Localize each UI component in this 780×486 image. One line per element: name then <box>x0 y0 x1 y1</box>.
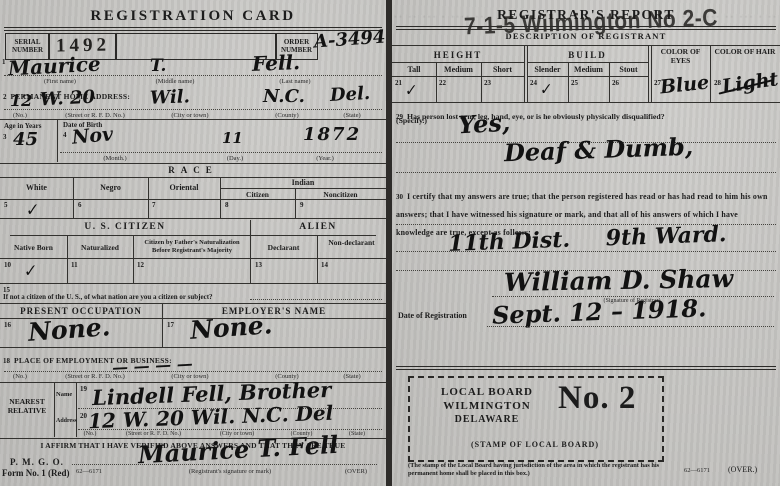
order-number-value: A-3494 <box>313 29 386 52</box>
rule <box>396 26 776 30</box>
line-number: 19 <box>80 385 87 393</box>
ward-text: 9th Ward. <box>605 221 727 251</box>
race-indian-label: Indian <box>220 178 386 187</box>
address-street-value: W. 20 <box>40 89 96 110</box>
local-board-stamp-line3: DELAWARE <box>422 414 552 425</box>
relative-address-value: 12 W. 20 Wil. N.C. Del <box>88 403 334 432</box>
disqualified-answer-value: Yes, <box>457 111 510 138</box>
citizen-cell-14: 14 <box>321 261 328 269</box>
dob-year-value: 1872 <box>303 126 361 144</box>
dotted-line <box>4 75 382 76</box>
local-board-stamp-line1: LOCAL BOARD <box>422 386 552 398</box>
rule <box>76 382 77 437</box>
line-number: 17 <box>167 321 174 329</box>
scanned-document: REGISTRATION CARD SERIAL NUMBER 1492 ORD… <box>0 0 780 486</box>
race-cell-6: 6 <box>78 201 82 209</box>
dob-day-value: 11 <box>222 131 243 146</box>
citizen-cell-10: 10 <box>4 261 11 269</box>
line-number: 18 <box>3 357 10 365</box>
district-text: 11th Dist. <box>448 227 571 257</box>
line-number: 30 <box>396 193 403 201</box>
line-number: 4 <box>63 131 67 139</box>
hair-cell-28: 28 <box>714 79 721 87</box>
dob-month-value: Nov <box>71 125 114 148</box>
dotted-line <box>396 172 776 173</box>
dotted-line <box>396 251 776 252</box>
local-board-stamp-line2: WILMINGTON <box>422 400 552 412</box>
rule <box>0 283 386 284</box>
serial-number-label: SERIAL NUMBER <box>6 34 49 54</box>
line-number: 2 <box>3 93 7 101</box>
over-label: (OVER.) <box>728 465 757 474</box>
color-of-eyes-header: COLOR OF EYES <box>651 48 710 65</box>
address-no-label: (No.) <box>76 431 104 437</box>
height-header: HEIGHT <box>392 50 524 60</box>
specify-label: (Specify.) <box>396 116 427 125</box>
address-no-label: (No.) <box>4 373 36 380</box>
rule <box>392 102 780 103</box>
nation-question-label: If not a citizen of the U. S., of what n… <box>3 293 213 301</box>
address-city-label: (City or town) <box>150 112 230 119</box>
rule <box>54 382 55 437</box>
height-short-label: Short <box>481 65 524 74</box>
nearest-relative-header: NEAREST RELATIVE <box>2 397 52 415</box>
dob-year-label: (Year.) <box>300 155 350 162</box>
pmgo-label: P. M. G. O. <box>10 457 64 467</box>
citizen-cell-13: 13 <box>255 261 262 269</box>
color-of-hair-header: COLOR OF HAIR <box>710 48 780 57</box>
registrars-report-card: ·· ·· ··· · ···· ·· ··· ···· ·· ··· · ··… <box>392 0 780 486</box>
checkmark-icon: ✓ <box>26 199 40 220</box>
last-name-label: (Last name) <box>255 78 335 85</box>
father-naturalization-label: Citizen by Father's Naturalization Befor… <box>137 239 247 254</box>
height-medium-label: Medium <box>436 65 481 74</box>
form-code: 62—6171 <box>684 467 710 474</box>
disqualified-question-label: Has person lost arm, leg, hand, eye, or … <box>407 112 665 121</box>
hair-color-value: Light <box>721 70 780 97</box>
citizen-cell-11: 11 <box>71 261 78 269</box>
line-number: 16 <box>4 321 11 329</box>
rule <box>392 76 524 77</box>
dotted-line <box>487 326 774 327</box>
disqualified-detail-value: Deaf & Dumb, <box>504 135 694 166</box>
first-name-label: (First name) <box>15 78 105 85</box>
address-city-label: (City or town) <box>150 373 230 380</box>
build-stout-label: Stout <box>609 65 648 74</box>
checkmark-icon: ✓ <box>540 79 553 99</box>
dotted-line <box>4 109 382 110</box>
height-tall-label: Tall <box>392 65 436 74</box>
dotted-line <box>60 152 382 153</box>
occupation-value: None. <box>27 314 111 345</box>
race-oriental-label: Oriental <box>148 183 220 192</box>
rule <box>0 199 386 200</box>
non-declarant-label: Non-declarant <box>317 239 386 247</box>
registration-card-title: REGISTRATION CARD <box>0 8 386 25</box>
address-county-value: N.C. <box>263 88 305 106</box>
native-born-label: Native Born <box>0 243 67 252</box>
dotted-line <box>250 299 382 300</box>
address-no-label: (No.) <box>4 112 36 119</box>
dob-day-label: (Day.) <box>215 155 255 162</box>
rule <box>0 163 386 164</box>
alien-title: ALIEN <box>250 222 386 232</box>
race-citizen-label: Citizen <box>220 190 295 199</box>
description-of-registrant-subtitle: DESCRIPTION OF REGISTRANT <box>392 31 780 41</box>
build-cell-26: 26 <box>612 79 619 87</box>
middle-name-value: T. <box>150 58 166 75</box>
dotted-line <box>72 464 377 465</box>
build-slender-label: Slender <box>527 65 568 74</box>
eyes-color-value: Blue <box>659 73 710 97</box>
rule <box>0 303 386 304</box>
form-number-label: Form No. 1 (Red) <box>2 468 69 478</box>
race-cell-8: 8 <box>225 201 229 209</box>
address-state-label: (State) <box>328 112 376 119</box>
address-street-label: (Street or R. F. D. No.) <box>44 112 146 119</box>
us-citizen-title: U. S. CITIZEN <box>0 222 250 232</box>
address-state-value: Del. <box>330 85 371 105</box>
rule <box>57 119 58 162</box>
build-cell-24: 24 <box>530 79 537 87</box>
line-number: 20 <box>80 412 87 420</box>
rule <box>648 45 649 102</box>
registrar-signature-value: William D. Shaw <box>504 266 734 295</box>
race-cell-9: 9 <box>300 201 304 209</box>
address-street-label: (Street or R. F. D. No.) <box>44 373 146 380</box>
last-name-value: Fell. <box>252 52 301 74</box>
line-number: 1 <box>2 58 6 66</box>
citizen-cell-12: 12 <box>137 261 144 269</box>
line-number: 3 <box>3 133 7 141</box>
race-white-label: White <box>0 183 73 192</box>
build-cell-25: 25 <box>571 79 578 87</box>
address-county-label: (County) <box>262 112 312 119</box>
race-cell-7: 7 <box>152 201 156 209</box>
height-cell-23: 23 <box>484 79 491 87</box>
height-cell-22: 22 <box>439 79 446 87</box>
address-state-label: (State) <box>328 373 376 380</box>
race-noncitizen-label: Noncitizen <box>295 190 386 199</box>
build-medium-label: Medium <box>568 65 609 74</box>
registrant-signature-label: (Registrant's signature or mark) <box>150 468 310 475</box>
rule <box>524 45 525 102</box>
rule <box>0 258 386 259</box>
stamp-of-local-board-caption: (STAMP OF LOCAL BOARD) <box>420 440 650 449</box>
address-state-label: (State) <box>333 431 381 437</box>
local-board-stamp-box: LOCAL BOARD WILMINGTON DELAWARE No. 2 (S… <box>408 376 664 462</box>
rule <box>527 62 648 63</box>
date-of-registration-label: Date of Registration <box>398 311 467 320</box>
age-value: 45 <box>13 131 38 149</box>
checkmark-icon: ✓ <box>24 260 38 281</box>
race-cell-5: 5 <box>4 201 8 209</box>
rule <box>133 235 134 283</box>
middle-name-label: (Middle name) <box>130 78 220 85</box>
relative-name-label: Name <box>56 391 72 398</box>
rule <box>220 188 386 189</box>
date-of-registration-value: Sept. 12 – 1918. <box>492 296 707 327</box>
registrant-signature-value: Maurice T. Fell <box>138 433 339 467</box>
form-code: 62—6171 <box>76 468 102 475</box>
address-no-value: 12 <box>10 93 32 109</box>
rule <box>396 366 776 370</box>
local-board-number: No. 2 <box>558 380 636 417</box>
rule <box>527 76 648 77</box>
race-section-title: RACE <box>0 165 386 175</box>
height-cell-21: 21 <box>395 79 402 87</box>
registration-card: REGISTRATION CARD SERIAL NUMBER 1492 ORD… <box>0 0 386 486</box>
checkmark-icon: ✓ <box>405 80 418 100</box>
race-negro-label: Negro <box>73 183 148 192</box>
address-city-value: Wil. <box>150 88 190 107</box>
build-header: BUILD <box>527 50 648 60</box>
address-street-label: (Street or R. F. D. No.) <box>106 431 201 437</box>
rule <box>392 45 780 46</box>
rule <box>0 347 386 348</box>
declarant-label: Declarant <box>250 243 317 252</box>
rule <box>10 235 376 236</box>
naturalized-label: Naturalized <box>67 243 133 252</box>
dob-month-label: (Month.) <box>85 155 145 162</box>
dotted-line <box>4 371 382 372</box>
stamp-instructions-fine-print: (The stamp of the Local Board having jur… <box>408 462 676 477</box>
employer-value: None. <box>189 312 273 343</box>
rule <box>0 218 386 219</box>
rule <box>392 62 524 63</box>
relative-address-label: Address <box>56 418 77 424</box>
over-label: (OVER) <box>345 468 367 475</box>
